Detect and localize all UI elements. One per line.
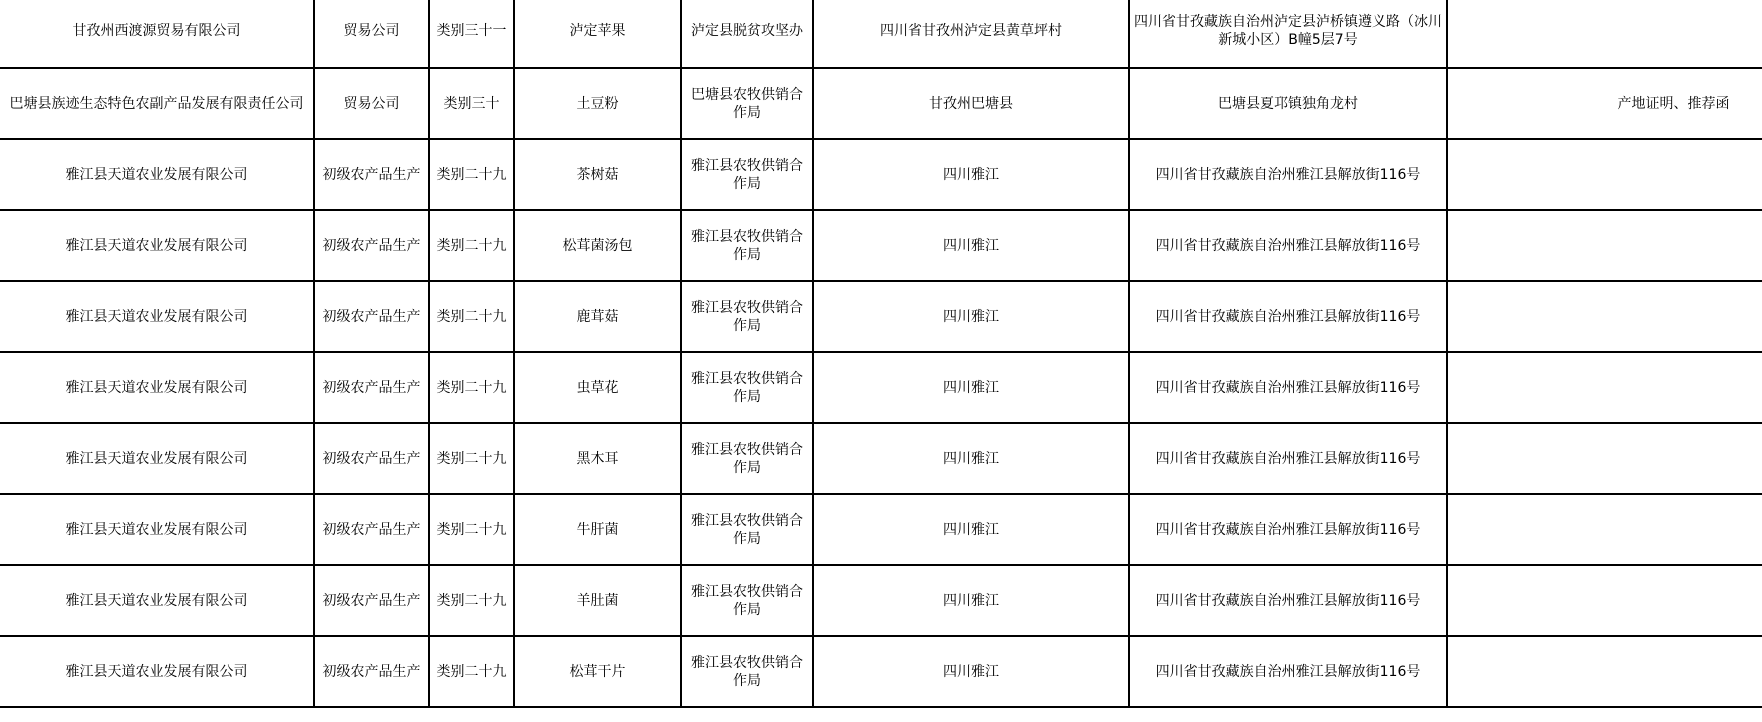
cell-product[interactable]: 茶树菇 xyxy=(514,139,681,210)
cell-recommender[interactable]: 雅江县农牧供销合作局 xyxy=(681,210,813,281)
cell-address[interactable]: 四川省甘孜藏族自治州雅江县解放街116号 xyxy=(1129,494,1447,565)
cell-company[interactable]: 巴塘县族迹生态特色农副产品发展有限责任公司 xyxy=(0,68,314,139)
cell-product[interactable]: 虫草花 xyxy=(514,352,681,423)
cell-product[interactable]: 黑木耳 xyxy=(514,423,681,494)
cell-documents[interactable] xyxy=(1447,565,1762,636)
cell-type[interactable]: 初级农产品生产 xyxy=(314,636,429,707)
cell-recommender[interactable]: 雅江县农牧供销合作局 xyxy=(681,636,813,707)
cell-origin[interactable]: 四川雅江 xyxy=(813,352,1129,423)
cell-company[interactable]: 雅江县天道农业发展有限公司 xyxy=(0,636,314,707)
cell-documents[interactable] xyxy=(1447,281,1762,352)
cell-type[interactable]: 贸易公司 xyxy=(314,68,429,139)
cell-company[interactable]: 雅江县天道农业发展有限公司 xyxy=(0,281,314,352)
cell-address[interactable]: 四川省甘孜藏族自治州泸定县泸桥镇遵义路（冰川新城小区）B幢5层7号 xyxy=(1129,0,1447,68)
cell-recommender[interactable]: 巴塘县农牧供销合作局 xyxy=(681,68,813,139)
cell-address[interactable]: 四川省甘孜藏族自治州雅江县解放街116号 xyxy=(1129,423,1447,494)
cell-product[interactable]: 羊肚菌 xyxy=(514,565,681,636)
cell-type[interactable]: 初级农产品生产 xyxy=(314,423,429,494)
cell-documents[interactable] xyxy=(1447,139,1762,210)
cell-category[interactable]: 类别二十九 xyxy=(429,139,514,210)
cell-origin[interactable]: 四川雅江 xyxy=(813,139,1129,210)
cell-type[interactable]: 初级农产品生产 xyxy=(314,565,429,636)
table-row: 雅江县天道农业发展有限公司 初级农产品生产 类别二十九 牛肝菌 雅江县农牧供销合… xyxy=(0,494,1762,565)
cell-documents[interactable] xyxy=(1447,352,1762,423)
cell-documents[interactable] xyxy=(1447,636,1762,707)
cell-origin[interactable]: 四川雅江 xyxy=(813,494,1129,565)
cell-company[interactable]: 雅江县天道农业发展有限公司 xyxy=(0,565,314,636)
cell-recommender[interactable]: 雅江县农牧供销合作局 xyxy=(681,281,813,352)
cell-origin[interactable]: 甘孜州巴塘县 xyxy=(813,68,1129,139)
cell-documents[interactable]: 产地证明、推荐函 xyxy=(1447,68,1762,139)
cell-documents[interactable] xyxy=(1447,0,1762,68)
cell-type[interactable]: 初级农产品生产 xyxy=(314,352,429,423)
cell-recommender[interactable]: 雅江县农牧供销合作局 xyxy=(681,139,813,210)
cell-product[interactable]: 松茸菌汤包 xyxy=(514,210,681,281)
cell-category[interactable]: 类别二十九 xyxy=(429,423,514,494)
cell-address[interactable]: 巴塘县夏邛镇独角龙村 xyxy=(1129,68,1447,139)
cell-address[interactable]: 四川省甘孜藏族自治州雅江县解放街116号 xyxy=(1129,565,1447,636)
table-body: 甘孜州西渡源贸易有限公司 贸易公司 类别三十一 泸定苹果 泸定县脱贫攻坚办 四川… xyxy=(0,0,1762,707)
cell-product[interactable]: 土豆粉 xyxy=(514,68,681,139)
cell-category[interactable]: 类别二十九 xyxy=(429,565,514,636)
table-row: 雅江县天道农业发展有限公司 初级农产品生产 类别二十九 茶树菇 雅江县农牧供销合… xyxy=(0,139,1762,210)
cell-recommender[interactable]: 雅江县农牧供销合作局 xyxy=(681,494,813,565)
cell-company[interactable]: 甘孜州西渡源贸易有限公司 xyxy=(0,0,314,68)
cell-documents[interactable] xyxy=(1447,494,1762,565)
table-row: 雅江县天道农业发展有限公司 初级农产品生产 类别二十九 虫草花 雅江县农牧供销合… xyxy=(0,352,1762,423)
table-row: 雅江县天道农业发展有限公司 初级农产品生产 类别二十九 鹿茸菇 雅江县农牧供销合… xyxy=(0,281,1762,352)
cell-address[interactable]: 四川省甘孜藏族自治州雅江县解放街116号 xyxy=(1129,352,1447,423)
product-table: 甘孜州西渡源贸易有限公司 贸易公司 类别三十一 泸定苹果 泸定县脱贫攻坚办 四川… xyxy=(0,0,1762,708)
table-row: 巴塘县族迹生态特色农副产品发展有限责任公司 贸易公司 类别三十 土豆粉 巴塘县农… xyxy=(0,68,1762,139)
cell-type[interactable]: 初级农产品生产 xyxy=(314,281,429,352)
cell-product[interactable]: 泸定苹果 xyxy=(514,0,681,68)
cell-company[interactable]: 雅江县天道农业发展有限公司 xyxy=(0,352,314,423)
table-row: 雅江县天道农业发展有限公司 初级农产品生产 类别二十九 松茸干片 雅江县农牧供销… xyxy=(0,636,1762,707)
cell-recommender[interactable]: 雅江县农牧供销合作局 xyxy=(681,423,813,494)
cell-category[interactable]: 类别三十一 xyxy=(429,0,514,68)
cell-origin[interactable]: 四川雅江 xyxy=(813,423,1129,494)
cell-type[interactable]: 贸易公司 xyxy=(314,0,429,68)
cell-product[interactable]: 松茸干片 xyxy=(514,636,681,707)
cell-type[interactable]: 初级农产品生产 xyxy=(314,210,429,281)
cell-category[interactable]: 类别二十九 xyxy=(429,352,514,423)
cell-company[interactable]: 雅江县天道农业发展有限公司 xyxy=(0,423,314,494)
cell-product[interactable]: 鹿茸菇 xyxy=(514,281,681,352)
cell-category[interactable]: 类别二十九 xyxy=(429,210,514,281)
cell-recommender[interactable]: 雅江县农牧供销合作局 xyxy=(681,352,813,423)
cell-address[interactable]: 四川省甘孜藏族自治州雅江县解放街116号 xyxy=(1129,281,1447,352)
cell-origin[interactable]: 四川雅江 xyxy=(813,281,1129,352)
cell-origin[interactable]: 四川雅江 xyxy=(813,210,1129,281)
spreadsheet-view: 甘孜州西渡源贸易有限公司 贸易公司 类别三十一 泸定苹果 泸定县脱贫攻坚办 四川… xyxy=(0,0,1762,708)
cell-category[interactable]: 类别二十九 xyxy=(429,281,514,352)
cell-address[interactable]: 四川省甘孜藏族自治州雅江县解放街116号 xyxy=(1129,139,1447,210)
cell-category[interactable]: 类别二十九 xyxy=(429,636,514,707)
cell-origin[interactable]: 四川雅江 xyxy=(813,565,1129,636)
cell-origin[interactable]: 四川省甘孜州泸定县黄草坪村 xyxy=(813,0,1129,68)
cell-type[interactable]: 初级农产品生产 xyxy=(314,494,429,565)
cell-category[interactable]: 类别二十九 xyxy=(429,494,514,565)
cell-type[interactable]: 初级农产品生产 xyxy=(314,139,429,210)
cell-address[interactable]: 四川省甘孜藏族自治州雅江县解放街116号 xyxy=(1129,636,1447,707)
cell-product[interactable]: 牛肝菌 xyxy=(514,494,681,565)
table-row: 雅江县天道农业发展有限公司 初级农产品生产 类别二十九 羊肚菌 雅江县农牧供销合… xyxy=(0,565,1762,636)
cell-category[interactable]: 类别三十 xyxy=(429,68,514,139)
table-row: 雅江县天道农业发展有限公司 初级农产品生产 类别二十九 松茸菌汤包 雅江县农牧供… xyxy=(0,210,1762,281)
cell-origin[interactable]: 四川雅江 xyxy=(813,636,1129,707)
cell-address[interactable]: 四川省甘孜藏族自治州雅江县解放街116号 xyxy=(1129,210,1447,281)
cell-recommender[interactable]: 雅江县农牧供销合作局 xyxy=(681,565,813,636)
cell-company[interactable]: 雅江县天道农业发展有限公司 xyxy=(0,139,314,210)
cell-documents[interactable] xyxy=(1447,423,1762,494)
cell-documents[interactable] xyxy=(1447,210,1762,281)
cell-recommender[interactable]: 泸定县脱贫攻坚办 xyxy=(681,0,813,68)
table-row: 雅江县天道农业发展有限公司 初级农产品生产 类别二十九 黑木耳 雅江县农牧供销合… xyxy=(0,423,1762,494)
cell-company[interactable]: 雅江县天道农业发展有限公司 xyxy=(0,494,314,565)
table-row: 甘孜州西渡源贸易有限公司 贸易公司 类别三十一 泸定苹果 泸定县脱贫攻坚办 四川… xyxy=(0,0,1762,68)
cell-company[interactable]: 雅江县天道农业发展有限公司 xyxy=(0,210,314,281)
